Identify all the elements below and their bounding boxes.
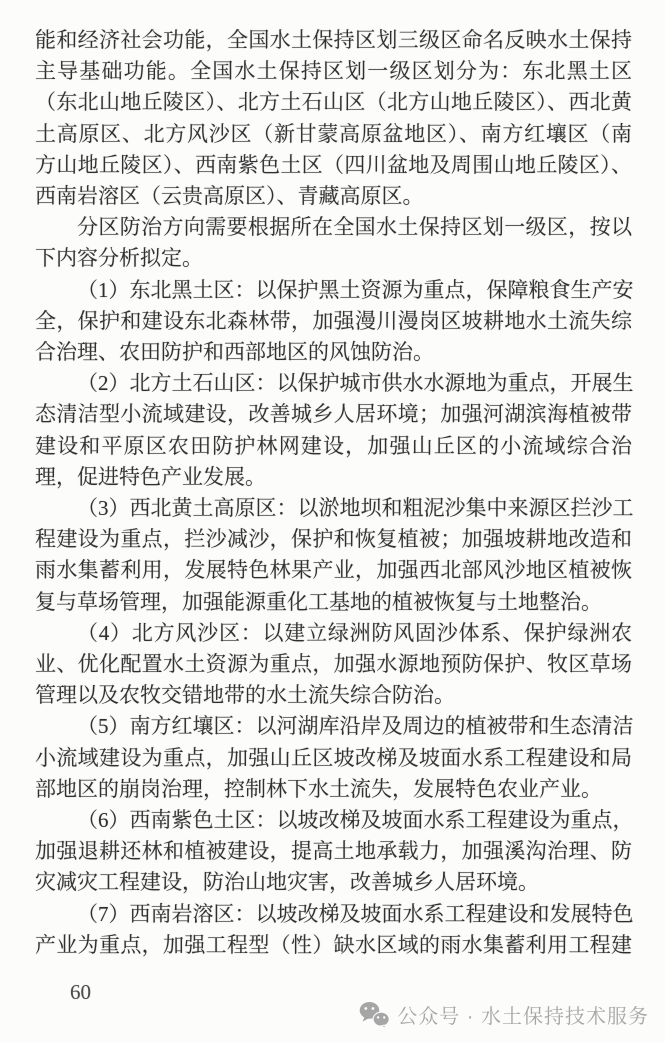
watermark: 公众号 · 水土保持技术服务 <box>359 1000 649 1029</box>
page-number: 60 <box>70 980 91 1005</box>
text-line: （3）西北黄土高原区：以淤地坝和粗泥沙集中来源区拦沙工 <box>35 493 632 524</box>
text-line: 业、优化配置水土资源为重点，加强水源地预防保护、牧区草场 <box>35 649 632 680</box>
text-line: 加强退耕还林和植被建设，提高土地承载力，加强溪沟治理、防 <box>35 836 632 867</box>
text-line: 产业为重点，加强工程型（性）缺水区域的雨水集蓄利用工程建 <box>35 930 632 961</box>
text-line: （7）西南岩溶区：以坡改梯及坡面水系工程建设和发展特色 <box>35 899 632 930</box>
text-line: 程建设为重点，拦沙减沙，保护和恢复植被；加强坡耕地改造和 <box>35 524 632 555</box>
text-line: 态清洁型小流域建设，改善城乡人居环境；加强河湖滨海植被带 <box>35 399 632 430</box>
watermark-label: 公众号 · 水土保持技术服务 <box>397 1000 649 1029</box>
text-line: 管理以及农牧交错地带的水土流失综合防治。 <box>35 680 632 711</box>
text-line: 全，保护和建设东北森林带，加强漫川漫岗区坡耕地水土流失综 <box>35 306 632 337</box>
text-line: 能和经济社会功能，全国水土保持区划三级区命名反映水土保持 <box>35 25 632 56</box>
text-line: 西南岩溶区（云贵高原区）、青藏高原区。 <box>35 181 632 212</box>
text-line: （2）北方土石山区：以保护城市供水水源地为重点，开展生 <box>35 368 632 399</box>
text-line: 土高原区、北方风沙区（新甘蒙高原盆地区）、南方红壤区（南 <box>35 119 632 150</box>
text-line: （4）北方风沙区：以建立绿洲防风固沙体系、保护绿洲农 <box>35 618 632 649</box>
text-line: （东北山地丘陵区）、北方土石山区（北方山地丘陵区）、西北黄 <box>35 87 632 118</box>
text-line: 复与草场管理，加强能源重化工基地的植被恢复与土地整治。 <box>35 587 632 618</box>
text-line: （1）东北黑土区：以保护黑土资源为重点，保障粮食生产安 <box>35 275 632 306</box>
text-line: 合治理、农田防护和西部地区的风蚀防治。 <box>35 337 632 368</box>
text-line: 理，促进特色产业发展。 <box>35 462 632 493</box>
body-text: 能和经济社会功能，全国水土保持区划三级区命名反映水土保持主导基础功能。全国水土保… <box>35 25 632 961</box>
text-line: 主导基础功能。全国水土保持区划一级区划分为：东北黑土区 <box>35 56 632 87</box>
text-line: （6）西南紫色土区：以坡改梯及坡面水系工程建设为重点， <box>35 805 632 836</box>
text-line: 下内容分析拟定。 <box>35 243 632 274</box>
text-line: 方山地丘陵区）、西南紫色土区（四川盆地及周围山地丘陵区）、 <box>35 150 632 181</box>
text-line: 分区防治方向需要根据所在全国水土保持区划一级区，按以 <box>35 212 632 243</box>
text-line: 部地区的崩岗治理，控制林下水土流失，发展特色农业产业。 <box>35 774 632 805</box>
text-line: 建设和平原区农田防护林网建设，加强山丘区的小流域综合治 <box>35 431 632 462</box>
text-line: 雨水集蓄利用，发展特色林果产业，加强西北部风沙地区植被恢 <box>35 555 632 586</box>
text-line: （5）南方红壤区：以河湖库沿岸及周边的植被带和生态清洁 <box>35 711 632 742</box>
text-line: 小流域建设为重点，加强山丘区坡改梯及坡面水系工程建设和局 <box>35 743 632 774</box>
text-line: 灾减灾工程建设，防治山地灾害，改善城乡人居环境。 <box>35 867 632 898</box>
document-page: 能和经济社会功能，全国水土保持区划三级区命名反映水土保持主导基础功能。全国水土保… <box>0 0 665 1042</box>
wechat-icon <box>359 1001 390 1029</box>
